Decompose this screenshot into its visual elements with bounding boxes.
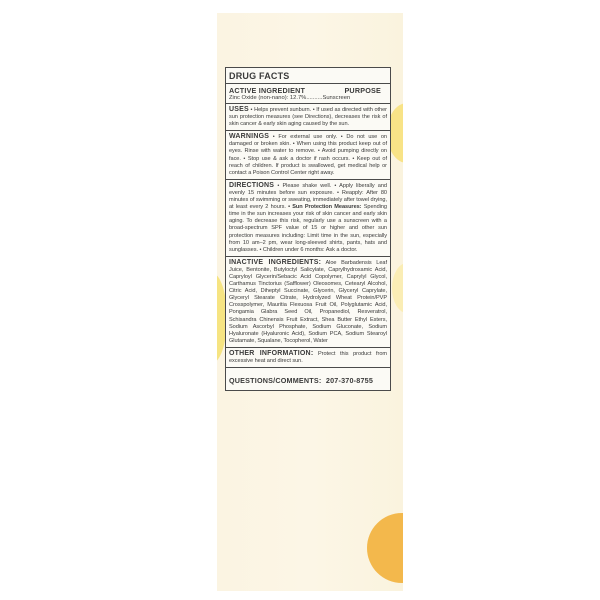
inactive-ingredients-text: Aloe Barbadensis Leaf Juice, Bentonite, … <box>229 260 387 344</box>
inactive-ingredients-section: INACTIVE INGREDIENTS: Aloe Barbadensis L… <box>226 256 390 347</box>
drug-facts-title: DRUG FACTS <box>226 68 390 83</box>
questions-header: QUESTIONS/COMMENTS: <box>229 376 321 385</box>
active-ingredient-header: ACTIVE INGREDIENT <box>229 86 305 95</box>
warnings-section: WARNINGS • For external use only. • Do n… <box>226 130 390 179</box>
active-ingredient: Zinc Oxide (non-nano): 12.7% <box>229 95 306 101</box>
purpose-value: Sunscreen <box>322 95 350 101</box>
active-ingredient-section: ACTIVE INGREDIENT PURPOSE Zinc Oxide (no… <box>226 83 390 103</box>
directions-section: DIRECTIONS • Please shake well. • Apply … <box>226 179 390 256</box>
active-ingredient-row: Zinc Oxide (non-nano): 12.7%..........Su… <box>229 95 387 101</box>
questions-phone: 207-370-8755 <box>326 376 373 385</box>
other-information-section: OTHER INFORMATION: Protect this product … <box>226 347 390 367</box>
leader-dots: .......... <box>306 95 322 101</box>
drug-facts-panel: DRUG FACTS ACTIVE INGREDIENT PURPOSE Zin… <box>225 67 391 391</box>
decorative-yellow-shape <box>392 263 403 313</box>
uses-text: • Helps prevent sunburn. • If used as di… <box>229 107 387 127</box>
directions-header: DIRECTIONS <box>229 182 274 189</box>
sun-protection-text: Spending time in the sun increases your … <box>229 204 387 253</box>
sun-protection-header: • Sun Protection Measures: <box>288 204 361 210</box>
purpose-header: PURPOSE <box>344 86 381 95</box>
questions-section: QUESTIONS/COMMENTS: 207-370-8755 <box>226 367 390 390</box>
decorative-orange-shape <box>367 513 403 583</box>
warnings-header: WARNINGS <box>229 133 269 140</box>
warnings-text: • For external use only. • Do not use on… <box>229 134 387 175</box>
uses-header: USES <box>229 106 249 113</box>
inactive-ingredients-header: INACTIVE INGREDIENTS: <box>229 259 321 266</box>
other-information-header: OTHER INFORMATION: <box>229 350 313 357</box>
uses-section: USES • Helps prevent sunburn. • If used … <box>226 103 390 130</box>
